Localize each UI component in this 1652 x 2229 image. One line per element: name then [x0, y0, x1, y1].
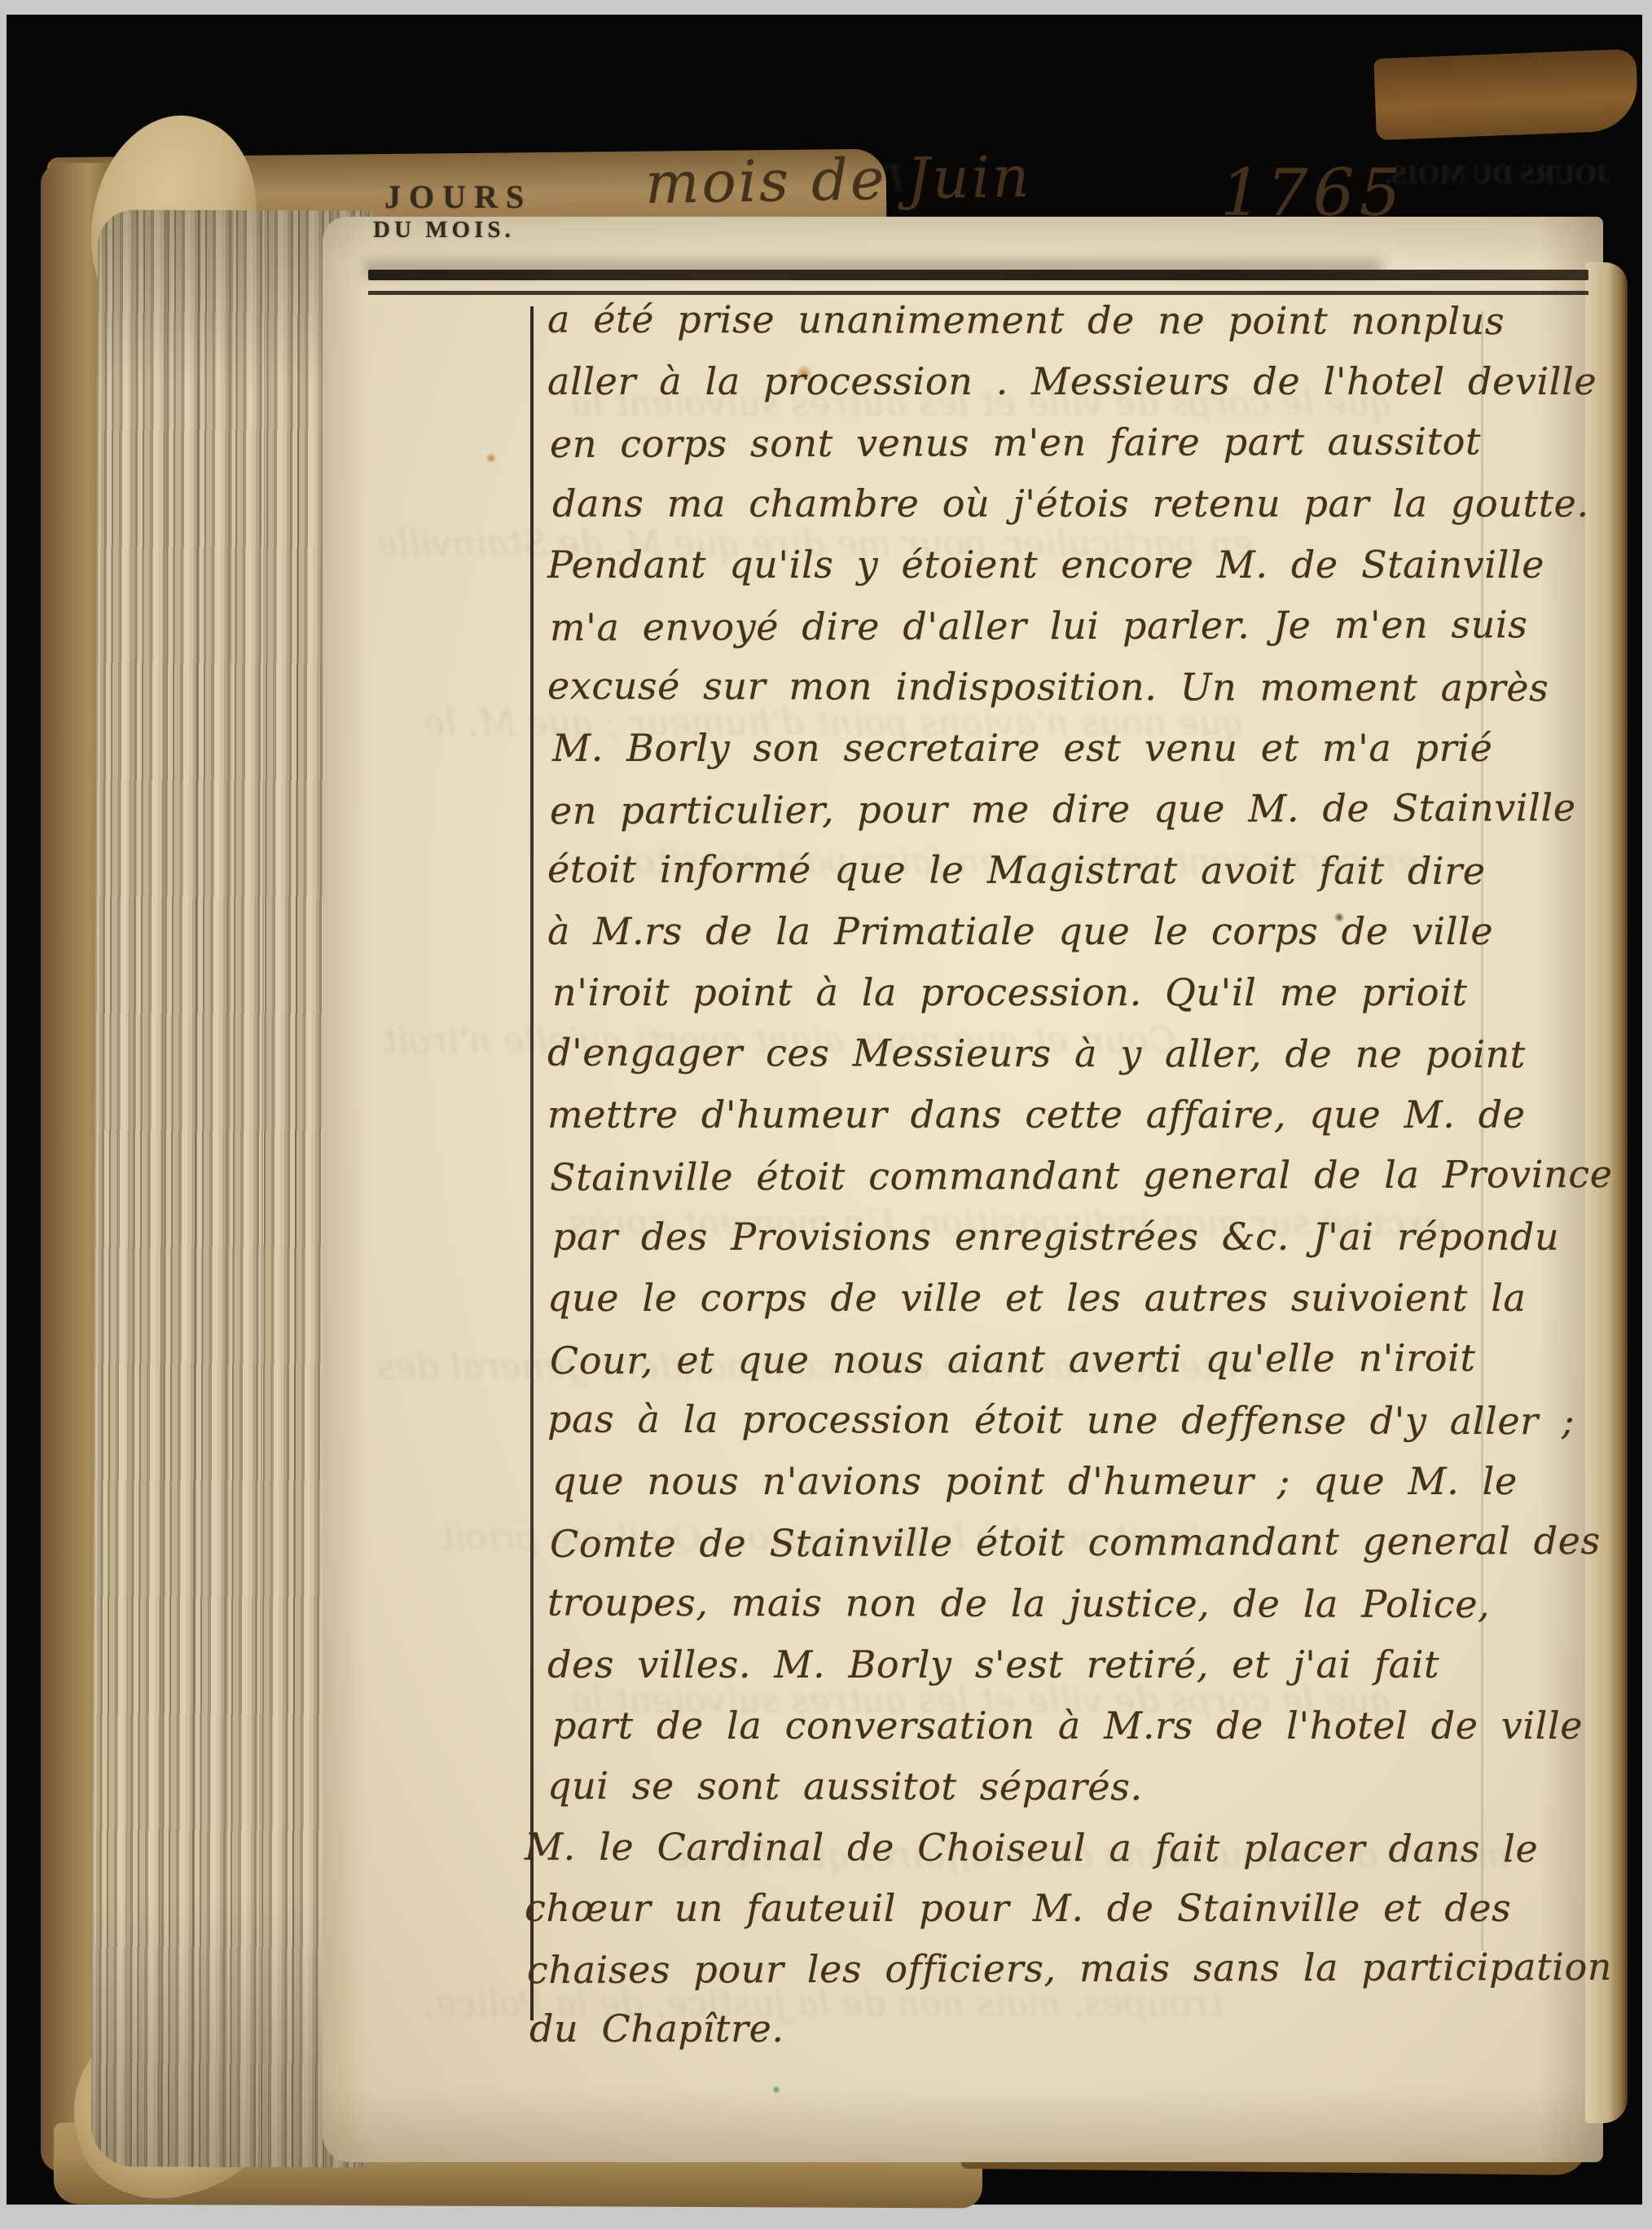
manuscript-line: chœur un fauteuil pour M. de Stainville …	[525, 1878, 1606, 1938]
manuscript-line: a été prise unanimement de ne point nonp…	[547, 289, 1606, 353]
printed-days-column-label-line2: DU MOIS.	[373, 217, 515, 244]
manuscript-line: en corps sont venus m'en faire part auss…	[550, 411, 1609, 475]
manuscript-line: aller à la procession . Messieurs de l'h…	[547, 351, 1606, 412]
manuscript-paragraph: a été prise unanimement de ne point nonp…	[547, 290, 1606, 1818]
book-cover-top-right-edge	[1373, 49, 1639, 140]
manuscript-line: que le corps de ville et les autres suiv…	[547, 1268, 1606, 1329]
manuscript-line: d'engager ces Messieurs à y aller, de ne…	[547, 1022, 1606, 1086]
manuscript-line: M. Borly son secretaire est venu et m'a …	[552, 718, 1611, 779]
manuscript-text: a été prise unanimement de ne point nonp…	[547, 290, 1606, 2059]
manuscript-line: mettre d'humeur dans cette affaire, que …	[547, 1084, 1606, 1145]
foxing-spot	[485, 453, 497, 464]
manuscript-line: part de la conversation à M.rs de l'hote…	[552, 1695, 1611, 1756]
manuscript-line: qui se sont aussitot séparés.	[547, 1756, 1606, 1819]
manuscript-line: pas à la procession étoit une deffense d…	[547, 1389, 1606, 1453]
manuscript-line: Comte de Stainville étoit commandant gen…	[550, 1510, 1609, 1575]
manuscript-line: excusé sur mon indisposition. Un moment …	[547, 656, 1606, 719]
handwritten-month-title: mois de Juin	[644, 143, 1032, 217]
manuscript-line: en particulier, pour me dire que M. de S…	[550, 777, 1609, 842]
manuscript-line: m'a envoyé dire d'aller lui parler. Je m…	[550, 594, 1609, 658]
manuscript-line: Pendant qu'ils y étoient encore M. de St…	[547, 534, 1606, 596]
handwritten-year: 1765	[1220, 155, 1406, 231]
manuscript-line: Stainville étoit commandant general de l…	[550, 1144, 1609, 1208]
manuscript-line: étoit informé que le Magistrat avoit fai…	[547, 839, 1606, 903]
manuscript-line: dans ma chambre où j'étois retenu par la…	[552, 473, 1611, 534]
manuscript-line: des villes. M. Borly s'est retiré, et j'…	[547, 1634, 1606, 1695]
ink-speck	[772, 2086, 780, 2094]
manuscript-line: chaises pour les officiers, mais sans la…	[527, 1937, 1609, 2000]
scanned-manuscript-photo: mois de Juin 1765JOURS DU MOIS.que le co…	[0, 0, 1652, 2229]
manuscript-line: que nous n'avions point d'humeur ; que M…	[552, 1451, 1611, 1512]
header-rule-thick	[368, 270, 1588, 280]
manuscript-line: Cour, et que nous aiant averti qu'elle n…	[550, 1327, 1609, 1391]
manuscript-line: par des Provisions enregistrées &c. J'ai…	[552, 1207, 1611, 1268]
manuscript-paragraph: M. le Cardinal de Choiseul a fait placer…	[525, 1818, 1606, 2059]
printed-days-column-label-line1: JOURS	[384, 178, 532, 216]
manuscript-line: troupes, mais non de la justice, de la P…	[547, 1572, 1606, 1636]
manuscript-line: du Chapître.	[529, 1998, 1611, 2059]
manuscript-line: à M.rs de la Primatiale que le corps de …	[547, 901, 1606, 962]
manuscript-line: n'iroit point à la procession. Qu'il me …	[552, 962, 1611, 1023]
days-column-divider-line	[530, 306, 534, 2020]
manuscript-line: M. le Cardinal de Choiseul a fait placer…	[525, 1817, 1606, 1879]
